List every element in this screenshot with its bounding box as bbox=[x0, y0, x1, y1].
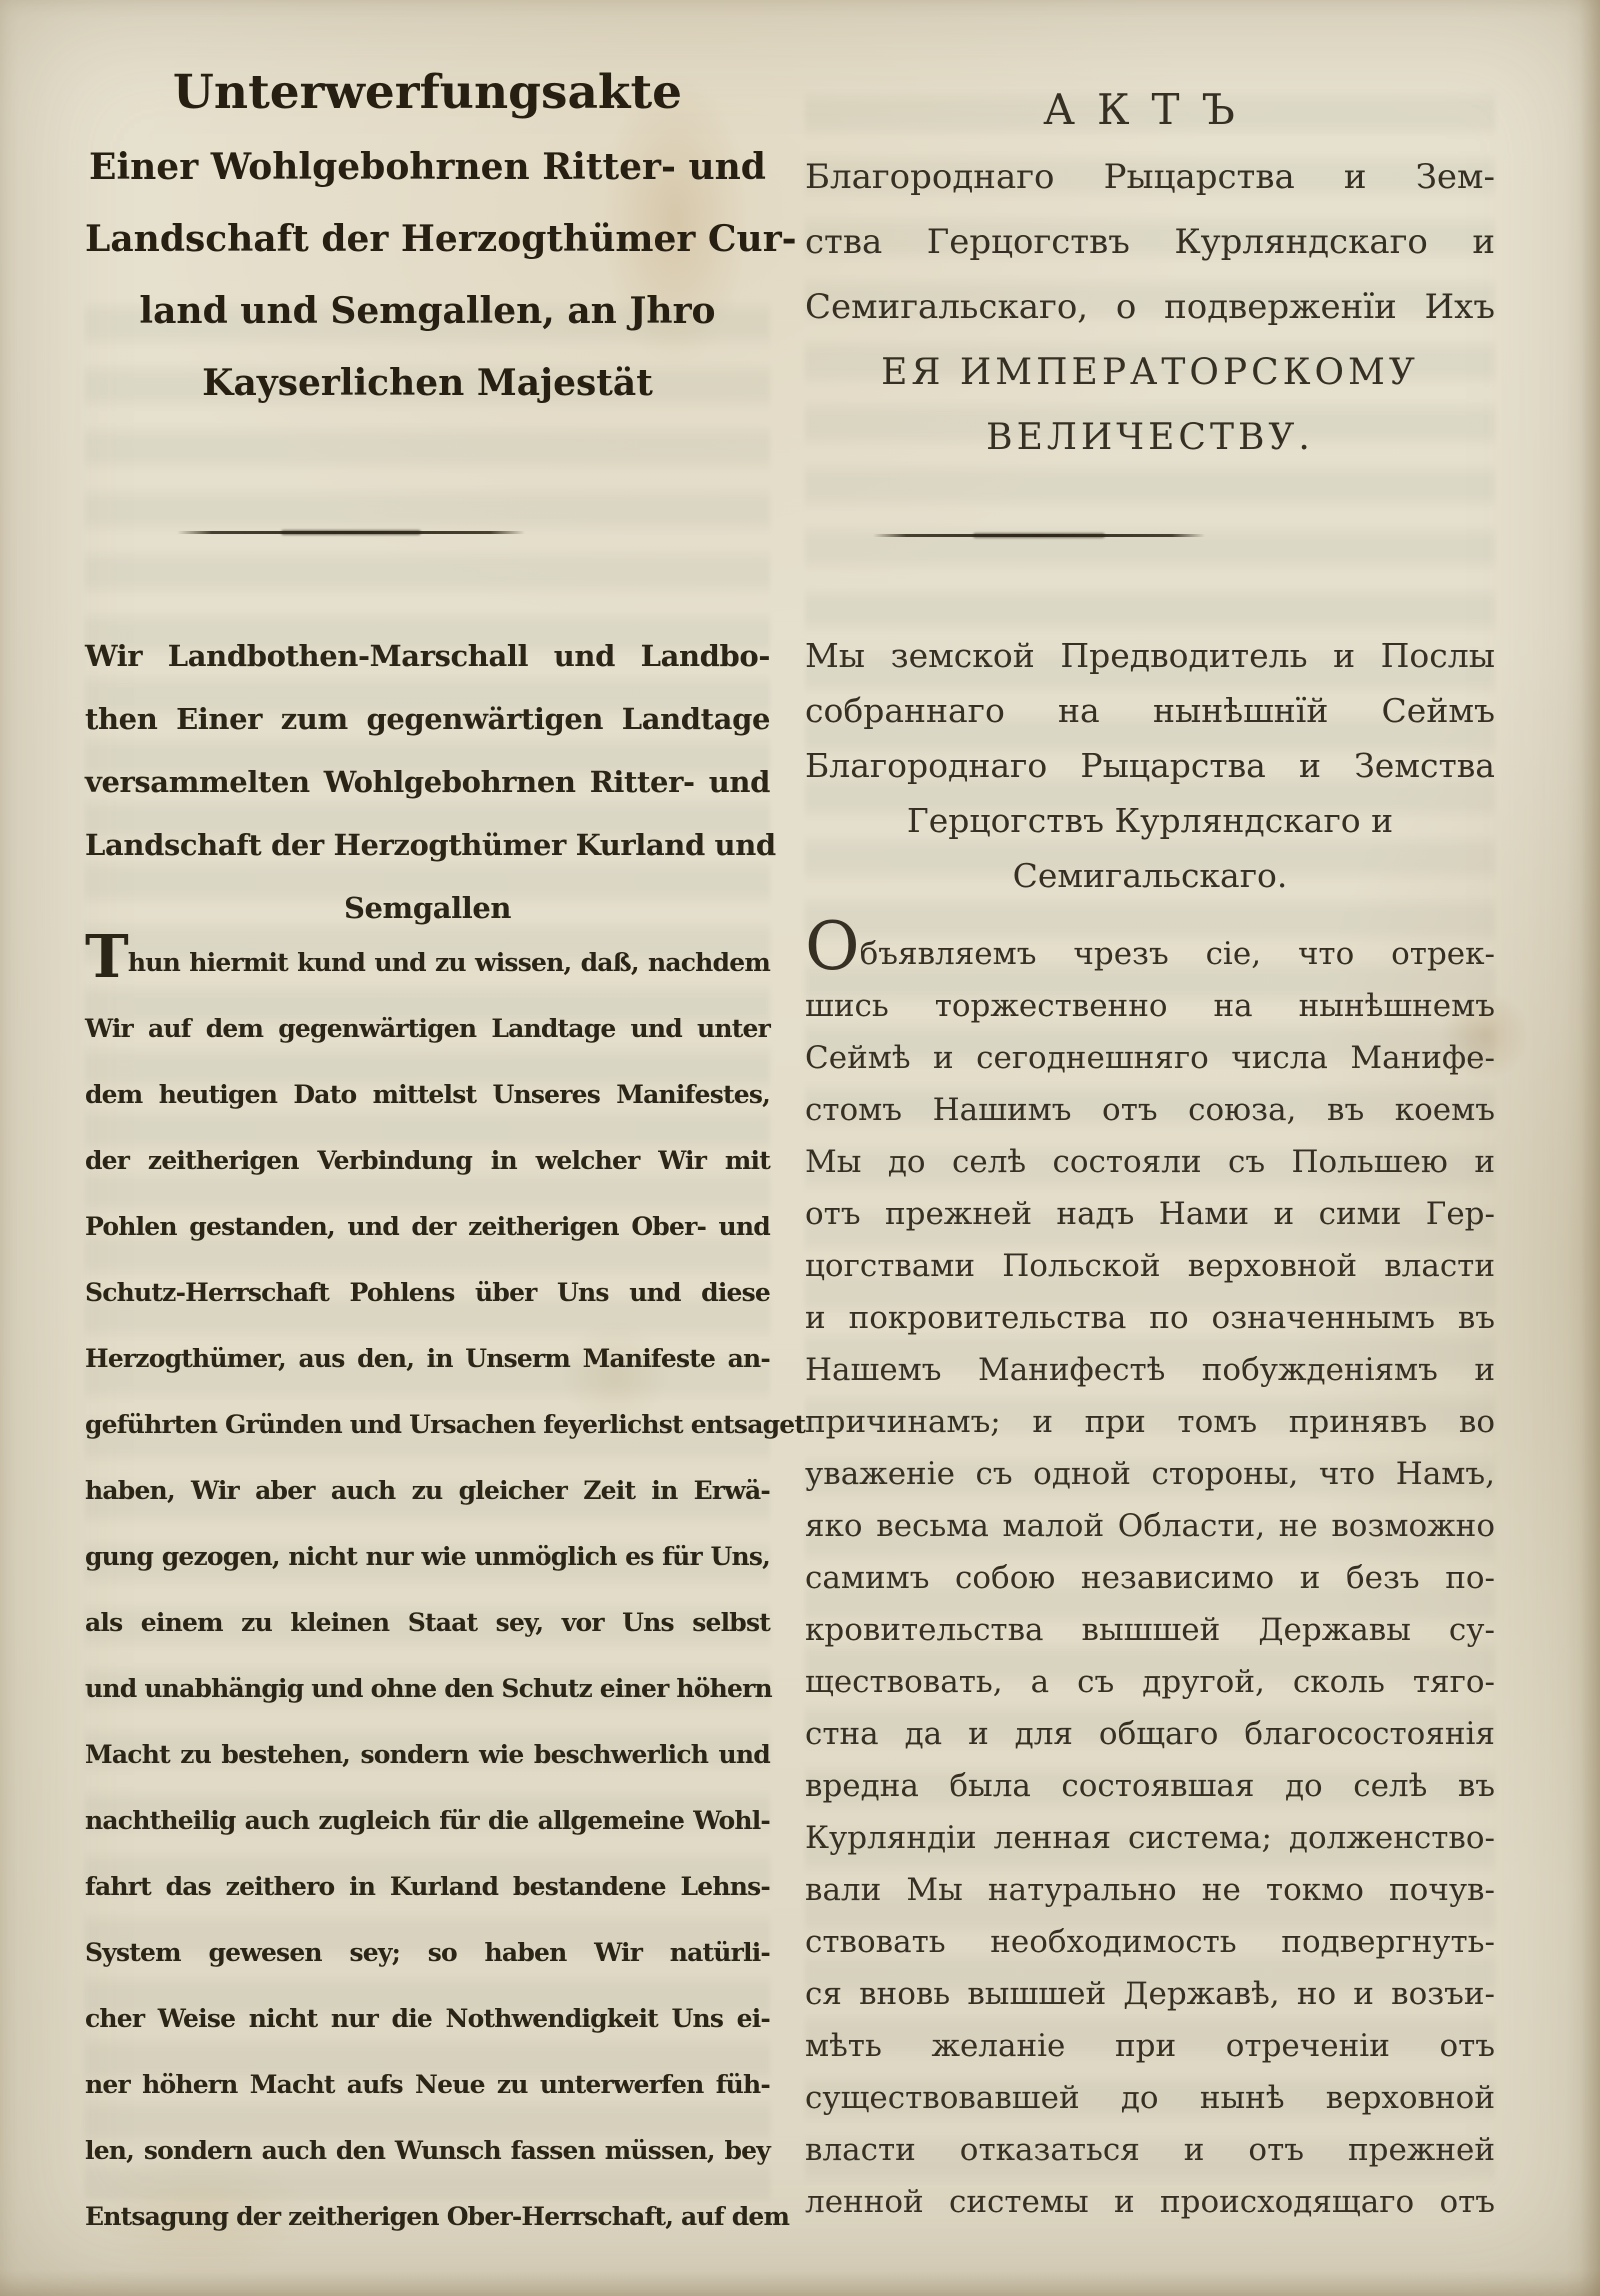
text-line: Schutz-Herrschaft Pohlens über Uns und d… bbox=[85, 1260, 770, 1326]
russian-intro-paragraph: Мы земской Предводитель и Послысобраннаг… bbox=[805, 628, 1495, 903]
german-intro-paragraph: Wir Landbothen-Marschall und Landbo-then… bbox=[85, 625, 770, 940]
text-line: ЕЯ ИМПЕРАТОРСКОМУ bbox=[805, 340, 1495, 405]
german-body-paragraph: Thun hiermit kund und zu wissen, daß, na… bbox=[85, 930, 770, 2250]
text-line: Landschaft der Herzogthümer Cur- bbox=[85, 203, 770, 275]
text-line: существовавшей до нынѣ верховной bbox=[805, 2072, 1495, 2124]
divider-rule-right bbox=[873, 534, 1205, 537]
text-line: кровительства вышшей Державы су- bbox=[805, 1604, 1495, 1656]
text-line: причинамъ; и при томъ принявъ во bbox=[805, 1396, 1495, 1448]
text-line: Wir Landbothen-Marschall und Landbo- bbox=[85, 625, 770, 688]
divider-rule-left bbox=[177, 531, 525, 534]
german-title: UnterwerfungsakteEiner Wohlgebohrnen Rit… bbox=[85, 55, 770, 419]
text-line: der zeitherigen Verbindung in welcher Wi… bbox=[85, 1128, 770, 1194]
text-line: nachtheilig auch zugleich für die allgem… bbox=[85, 1788, 770, 1854]
russian-body-paragraph: Объявляемъ чрезъ сіе, что отрек-шись тор… bbox=[805, 928, 1495, 2228]
text-line: Unterwerfungsakte bbox=[85, 55, 770, 131]
text-line: Herzogthümer, aus den, in Unserm Manifes… bbox=[85, 1326, 770, 1392]
text-line: ner höhern Macht aufs Neue zu unterwerfe… bbox=[85, 2052, 770, 2118]
drop-cap-initial: О bbox=[805, 907, 860, 985]
text-line: Мы земской Предводитель и Послы bbox=[805, 628, 1495, 683]
text-line: Благороднаго Рыцарства и Земства bbox=[805, 738, 1495, 793]
text-line: Pohlen gestanden, und der zeitherigen Ob… bbox=[85, 1194, 770, 1260]
russian-title: АКТЪБлагороднаго Рыцарства и Зем-ства Ге… bbox=[805, 75, 1495, 470]
text-line: len, sondern auch den Wunsch fassen müss… bbox=[85, 2118, 770, 2184]
text-line: land und Semgallen, an Jhro bbox=[85, 275, 770, 347]
text-line: geführten Gründen und Ursachen feyerlich… bbox=[85, 1392, 770, 1458]
text-line: Семигальскаго, о подверженїи Ихъ bbox=[805, 275, 1495, 340]
text-line: ВЕЛИЧЕСТВУ. bbox=[805, 405, 1495, 470]
text-line: versammelten Wohlgebohrnen Ritter- und bbox=[85, 751, 770, 814]
text-line: cher Weise nicht nur die Nothwendigkeit … bbox=[85, 1986, 770, 2052]
text-line: gung gezogen, nicht nur wie unmöglich es… bbox=[85, 1524, 770, 1590]
text-line: ства Герцогствъ Курляндскаго и bbox=[805, 210, 1495, 275]
text-line: шись торжественно на нынѣшнемъ bbox=[805, 980, 1495, 1032]
text-line: Курляндіи ленная система; долженство- bbox=[805, 1812, 1495, 1864]
text-line: als einem zu kleinen Staat sey, vor Uns … bbox=[85, 1590, 770, 1656]
page-edge-shadow bbox=[0, 2270, 1600, 2296]
text-line: стна да и для общаго благосостоянія bbox=[805, 1708, 1495, 1760]
page-edge-shadow bbox=[1566, 0, 1600, 2296]
text-line: уваженіе съ одной стороны, что Намъ, bbox=[805, 1448, 1495, 1500]
text-line: Мы до селѣ состояли съ Польшею и bbox=[805, 1136, 1495, 1188]
text-line: самимъ собою независимо и безъ по- bbox=[805, 1552, 1495, 1604]
text-line: Landschaft der Herzogthümer Kurland und bbox=[85, 814, 770, 877]
document-page: UnterwerfungsakteEiner Wohlgebohrnen Rit… bbox=[0, 0, 1600, 2296]
text-line: System gewesen sey; so haben Wir natürli… bbox=[85, 1920, 770, 1986]
text-line: вредна была состоявшая до селѣ въ bbox=[805, 1760, 1495, 1812]
text-line: Объявляемъ чрезъ сіе, что отрек- bbox=[805, 928, 1495, 980]
text-line: dem heutigen Dato mittelst Unseres Manif… bbox=[85, 1062, 770, 1128]
text-line: АКТЪ bbox=[805, 75, 1495, 145]
text-line: цогствами Польской верховной власти bbox=[805, 1240, 1495, 1292]
text-line: Герцогствъ Курляндскаго и bbox=[805, 793, 1495, 848]
text-line: Macht zu bestehen, sondern wie beschwerl… bbox=[85, 1722, 770, 1788]
text-line: отъ прежней надъ Нами и сими Гер- bbox=[805, 1188, 1495, 1240]
text-line: Благороднаго Рыцарства и Зем- bbox=[805, 145, 1495, 210]
text-line: Нашемъ Манифестѣ побужденіямъ и bbox=[805, 1344, 1495, 1396]
text-line: мѣть желаніе при отреченіи отъ bbox=[805, 2020, 1495, 2072]
text-line: Einer Wohlgebohrnen Ritter- und bbox=[85, 131, 770, 203]
text-line: ществовать, а съ другой, сколь тяго- bbox=[805, 1656, 1495, 1708]
text-line: haben, Wir aber auch zu gleicher Zeit in… bbox=[85, 1458, 770, 1524]
text-line: ствовать необходимость подвергнуть- bbox=[805, 1916, 1495, 1968]
text-line: ленной системы и происходящаго отъ bbox=[805, 2176, 1495, 2228]
drop-cap-initial: T bbox=[85, 922, 128, 991]
text-line: fahrt das zeithero in Kurland bestandene… bbox=[85, 1854, 770, 1920]
text-line: then Einer zum gegenwärtigen Landtage bbox=[85, 688, 770, 751]
text-line: Wir auf dem gegenwärtigen Landtage und u… bbox=[85, 996, 770, 1062]
text-line: вали Мы натурально не токмо почув- bbox=[805, 1864, 1495, 1916]
text-line: собраннаго на нынѣшнїй Сеймъ bbox=[805, 683, 1495, 738]
text-line: яко весьма малой Области, не возможно bbox=[805, 1500, 1495, 1552]
text-line: стомъ Нашимъ отъ союза, въ коемъ bbox=[805, 1084, 1495, 1136]
text-line: Entsagung der zeitherigen Ober-Herrschaf… bbox=[85, 2184, 770, 2250]
text-line: и покровительства по означеннымъ въ bbox=[805, 1292, 1495, 1344]
text-line: ся вновь вышшей Державѣ, но и возъи- bbox=[805, 1968, 1495, 2020]
text-line: Thun hiermit kund und zu wissen, daß, na… bbox=[85, 930, 770, 996]
text-line: власти отказаться и отъ прежней bbox=[805, 2124, 1495, 2176]
text-line: Семигальскаго. bbox=[805, 848, 1495, 903]
text-line: Сеймѣ и сегоднешняго числа Манифе- bbox=[805, 1032, 1495, 1084]
text-line: Kayserlichen Majestät bbox=[85, 347, 770, 419]
text-line: und unabhängig und ohne den Schutz einer… bbox=[85, 1656, 770, 1722]
